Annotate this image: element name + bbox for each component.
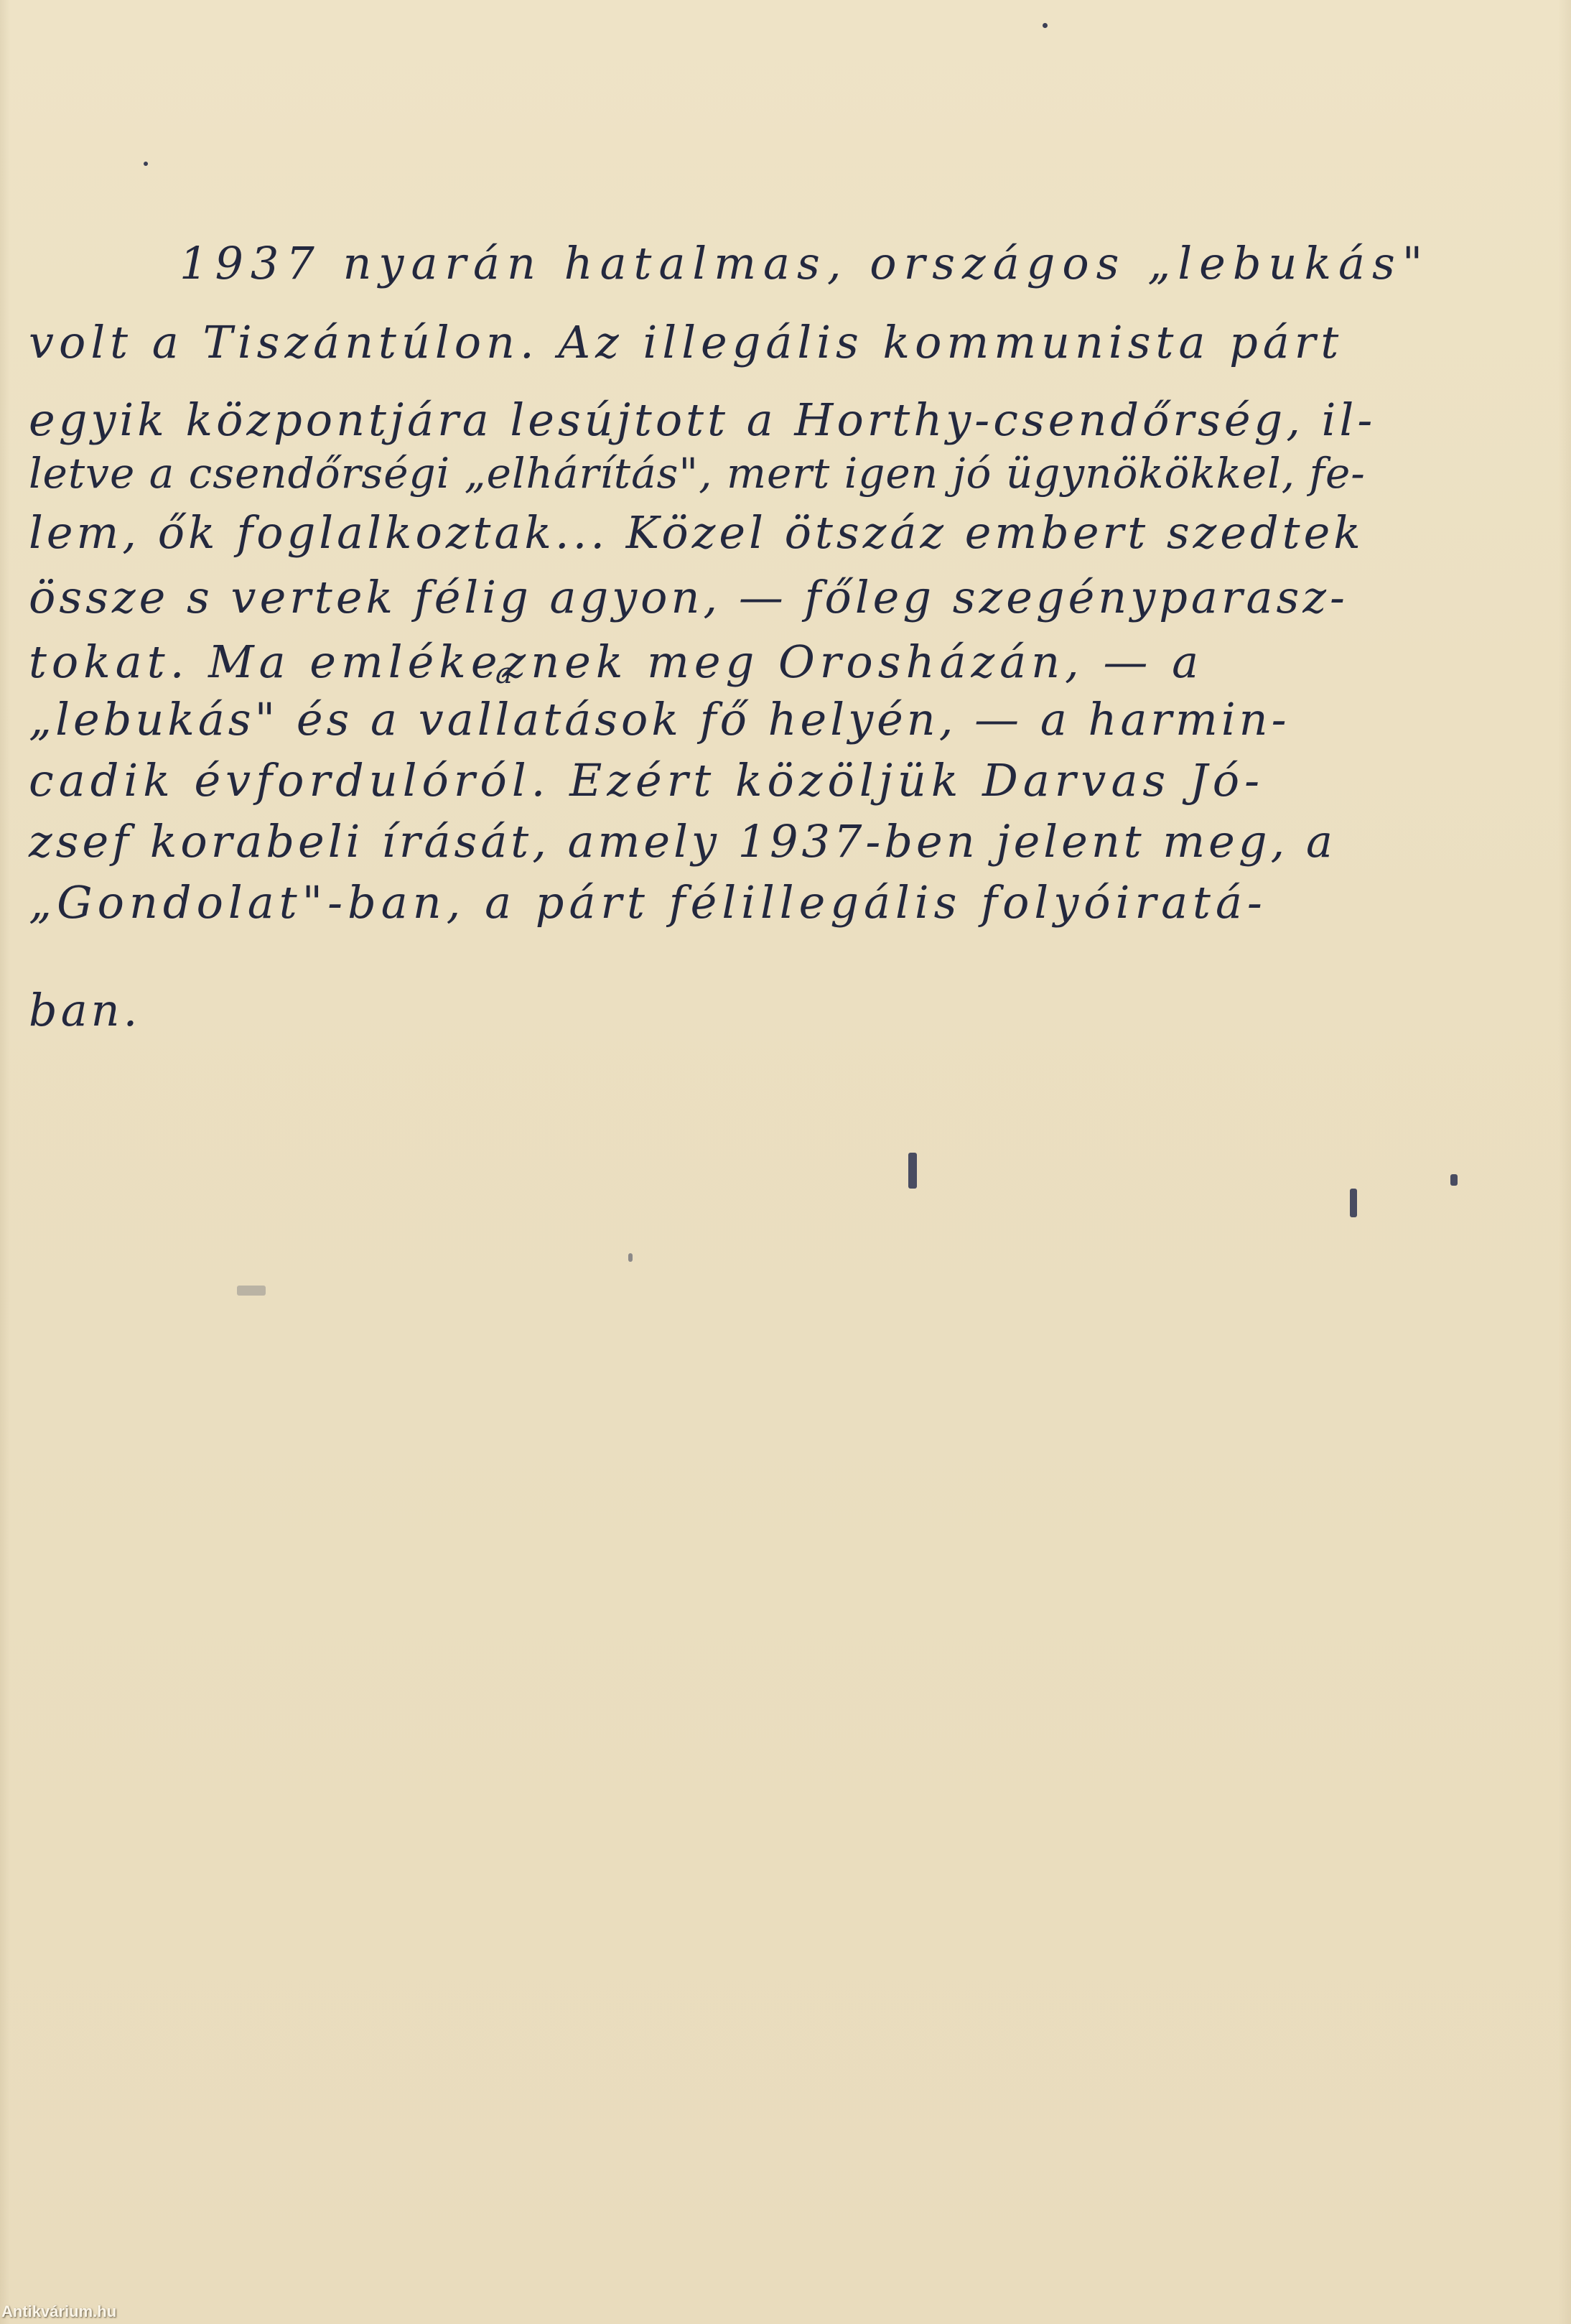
handwritten-line-10: zsef korabeli írását, amely 1937-ben jel… [29,815,1336,868]
handwritten-line-4: letve a csendőrségi „elhárítás", mert ig… [29,449,1366,498]
handwritten-line-11: „Gondolat"-ban, a párt félillegális foly… [29,876,1267,929]
insertion-mark: a [495,657,513,690]
ink-dot [1043,23,1048,28]
ink-speck [1350,1189,1357,1217]
handwritten-line-9: cadik évfordulóról. Ezért közöljük Darva… [29,754,1264,807]
handwritten-line-5: lem, ők foglalkoztak... Közel ötszáz emb… [29,506,1364,559]
ink-speck [1450,1174,1458,1186]
handwritten-line-1: 1937 nyarán hatalmas, országos „lebukás" [180,237,1430,289]
manuscript-page: 1937 nyarán hatalmas, országos „lebukás"… [0,0,1571,2324]
ink-dot [144,162,148,166]
handwritten-line-7: tokat. Ma emlékeznek meg Orosházán, — a [29,636,1203,688]
faint-mark [237,1286,266,1296]
handwritten-line-8: „lebukás" és a vallatások fő helyén, — a… [29,693,1290,745]
ink-speck [628,1253,633,1262]
handwritten-line-6: össze s vertek félig agyon, — főleg szeg… [29,571,1348,623]
handwritten-line-12: ban. [29,984,141,1036]
ink-speck [908,1153,917,1189]
watermark: Antikvárium.hu [1,2302,116,2321]
handwritten-line-3: egyik központjára lesújtott a Horthy-cse… [29,394,1376,446]
handwritten-line-2: volt a Tiszántúlon. Az illegális kommuni… [29,316,1343,368]
